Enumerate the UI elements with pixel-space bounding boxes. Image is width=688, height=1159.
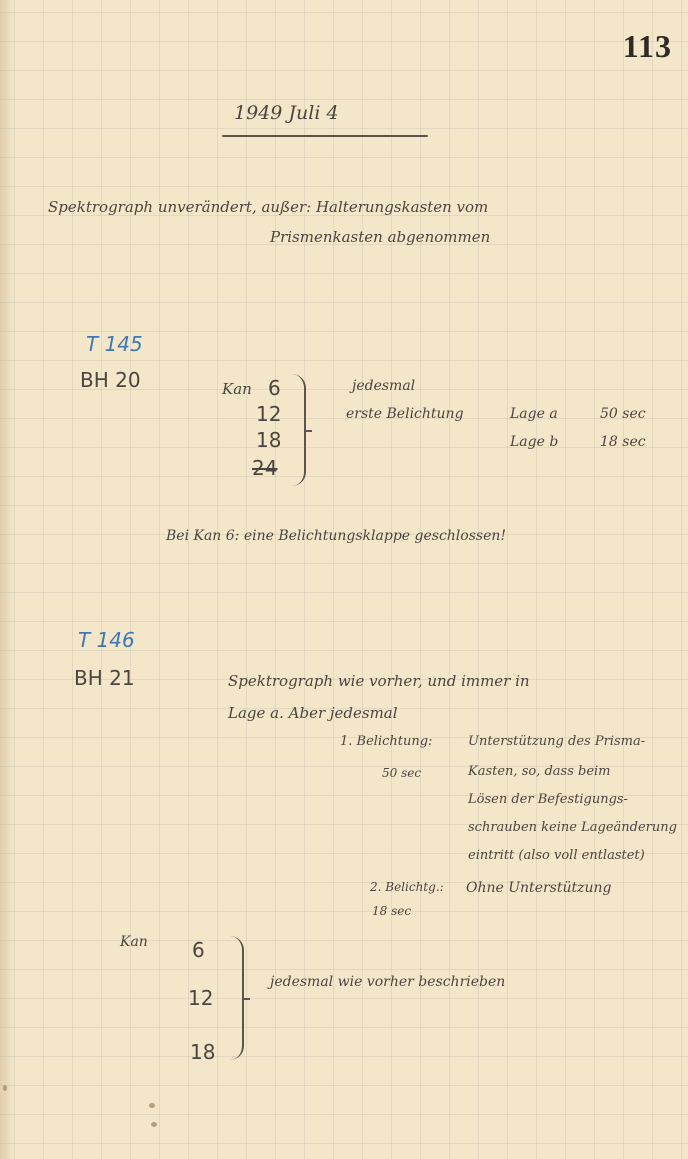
intro-line-2: Prismenkasten abgenommen xyxy=(270,228,490,246)
label-bh21: BH 21 xyxy=(74,666,135,690)
kan-value: 6 xyxy=(268,376,281,400)
brace xyxy=(228,936,244,1060)
exposure-2-text: Ohne Unterstützung xyxy=(466,880,612,896)
remark-kan6: Bei Kan 6: eine Belichtungsklappe geschl… xyxy=(166,528,506,544)
position-time-a: 50 sec xyxy=(600,406,646,422)
note-erste-belichtung: erste Belichtung xyxy=(346,406,464,422)
exposure-1-time: 50 sec xyxy=(382,766,421,780)
kan-note: jedesmal wie vorher beschrieben xyxy=(270,974,505,990)
kan-value: 12 xyxy=(256,402,281,426)
kan-value: 6 xyxy=(192,938,205,962)
plate-number-t145: T 145 xyxy=(86,332,143,356)
position-time-b: 18 sec xyxy=(600,434,646,450)
kan-value-struck: 24 xyxy=(252,456,277,480)
exposure-1-text: Unterstützung des Prisma- xyxy=(468,734,645,749)
exposure-1-text: eintritt (also voll entlastet) xyxy=(468,848,645,863)
kan-label: Kan xyxy=(222,380,252,398)
description-line-1: Spektrograph wie vorher, und immer in xyxy=(228,672,530,690)
entry-date: 1949 Juli 4 xyxy=(234,102,339,124)
position-lage-a: Lage a xyxy=(510,406,558,422)
exposure-1-text: Lösen der Befestigungs- xyxy=(468,792,628,807)
note-jedesmal: jedesmal xyxy=(352,378,415,394)
exposure-1-text: schrauben keine Lageänderung xyxy=(468,820,677,835)
kan-value: 12 xyxy=(188,986,213,1010)
description-line-2: Lage a. Aber jedesmal xyxy=(228,704,398,722)
date-underline xyxy=(222,135,428,137)
notebook-page: 113 1949 Juli 4 Spektrograph unverändert… xyxy=(0,0,688,1159)
exposure-1-label: 1. Belichtung: xyxy=(340,734,432,749)
exposure-2-label: 2. Belichtg.: xyxy=(370,880,444,894)
exposure-2-time: 18 sec xyxy=(372,904,411,918)
position-lage-b: Lage b xyxy=(510,434,558,450)
exposure-1-text: Kasten, so, dass beim xyxy=(468,764,611,779)
plate-number-t146: T 146 xyxy=(78,628,135,652)
brace xyxy=(290,374,306,486)
kan-label: Kan xyxy=(120,934,148,950)
label-bh20: BH 20 xyxy=(80,368,141,392)
intro-line-1: Spektrograph unverändert, außer: Halteru… xyxy=(48,198,488,216)
kan-value: 18 xyxy=(256,428,281,452)
page-number: 113 xyxy=(623,28,672,65)
ink-smudge xyxy=(3,1085,7,1091)
kan-value: 18 xyxy=(190,1040,215,1064)
ink-smudge xyxy=(151,1122,157,1127)
ink-smudge xyxy=(149,1103,155,1108)
